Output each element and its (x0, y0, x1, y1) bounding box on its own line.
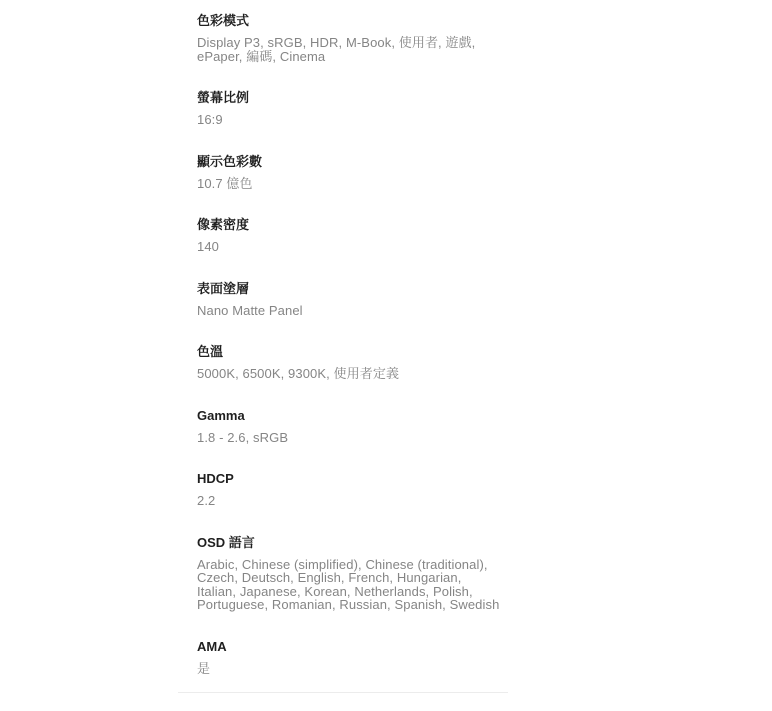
spec-value: Nano Matte Panel (197, 304, 517, 318)
spec-value-line: Czech, Deutsch, English, French, Hungari… (197, 571, 517, 585)
spec-label: OSD 語言 (197, 535, 517, 550)
spec-item-ama: AMA 是 (197, 639, 517, 676)
section-divider (178, 692, 508, 693)
spec-label: HDCP (197, 471, 517, 486)
spec-label: AMA (197, 639, 517, 654)
spec-value: Arabic, Chinese (simplified), Chinese (t… (197, 558, 517, 612)
spec-label: Gamma (197, 408, 517, 423)
spec-label: 顯示色彩數 (197, 154, 517, 169)
spec-label: 表面塗層 (197, 281, 517, 296)
spec-value-line: Portuguese, Romanian, Russian, Spanish, … (197, 598, 517, 612)
spec-item-pixel-density: 像素密度 140 (197, 217, 517, 254)
spec-item-osd-language: OSD 語言 Arabic, Chinese (simplified), Chi… (197, 535, 517, 612)
spec-label: 螢幕比例 (197, 90, 517, 105)
spec-value: 10.7 億色 (197, 177, 517, 191)
spec-value-line: ePaper, 編碼, Cinema (197, 50, 517, 64)
spec-item-color-mode: 色彩模式 Display P3, sRGB, HDR, M-Book, 使用者,… (197, 13, 517, 63)
spec-label: 色溫 (197, 344, 517, 359)
spec-item-hdcp: HDCP 2.2 (197, 471, 517, 508)
spec-item-gamma: Gamma 1.8 - 2.6, sRGB (197, 408, 517, 445)
spec-value: 是 (197, 662, 517, 676)
spec-value: 5000K, 6500K, 9300K, 使用者定義 (197, 367, 517, 381)
spec-item-color-temperature: 色溫 5000K, 6500K, 9300K, 使用者定義 (197, 344, 517, 381)
spec-value-line: Display P3, sRGB, HDR, M-Book, 使用者, 遊戲, (197, 36, 517, 50)
spec-value: 16:9 (197, 113, 517, 127)
spec-value: 2.2 (197, 494, 517, 508)
spec-item-aspect-ratio: 螢幕比例 16:9 (197, 90, 517, 127)
spec-value: 1.8 - 2.6, sRGB (197, 431, 517, 445)
spec-value-line: Italian, Japanese, Korean, Netherlands, … (197, 585, 517, 599)
spec-value: 140 (197, 240, 517, 254)
spec-item-display-colors: 顯示色彩數 10.7 億色 (197, 154, 517, 191)
spec-value-line: Arabic, Chinese (simplified), Chinese (t… (197, 558, 517, 572)
spec-label: 像素密度 (197, 217, 517, 232)
spec-item-surface-coating: 表面塗層 Nano Matte Panel (197, 281, 517, 318)
spec-value: Display P3, sRGB, HDR, M-Book, 使用者, 遊戲, … (197, 36, 517, 63)
spec-label: 色彩模式 (197, 13, 517, 28)
spec-list: 色彩模式 Display P3, sRGB, HDR, M-Book, 使用者,… (197, 13, 517, 702)
